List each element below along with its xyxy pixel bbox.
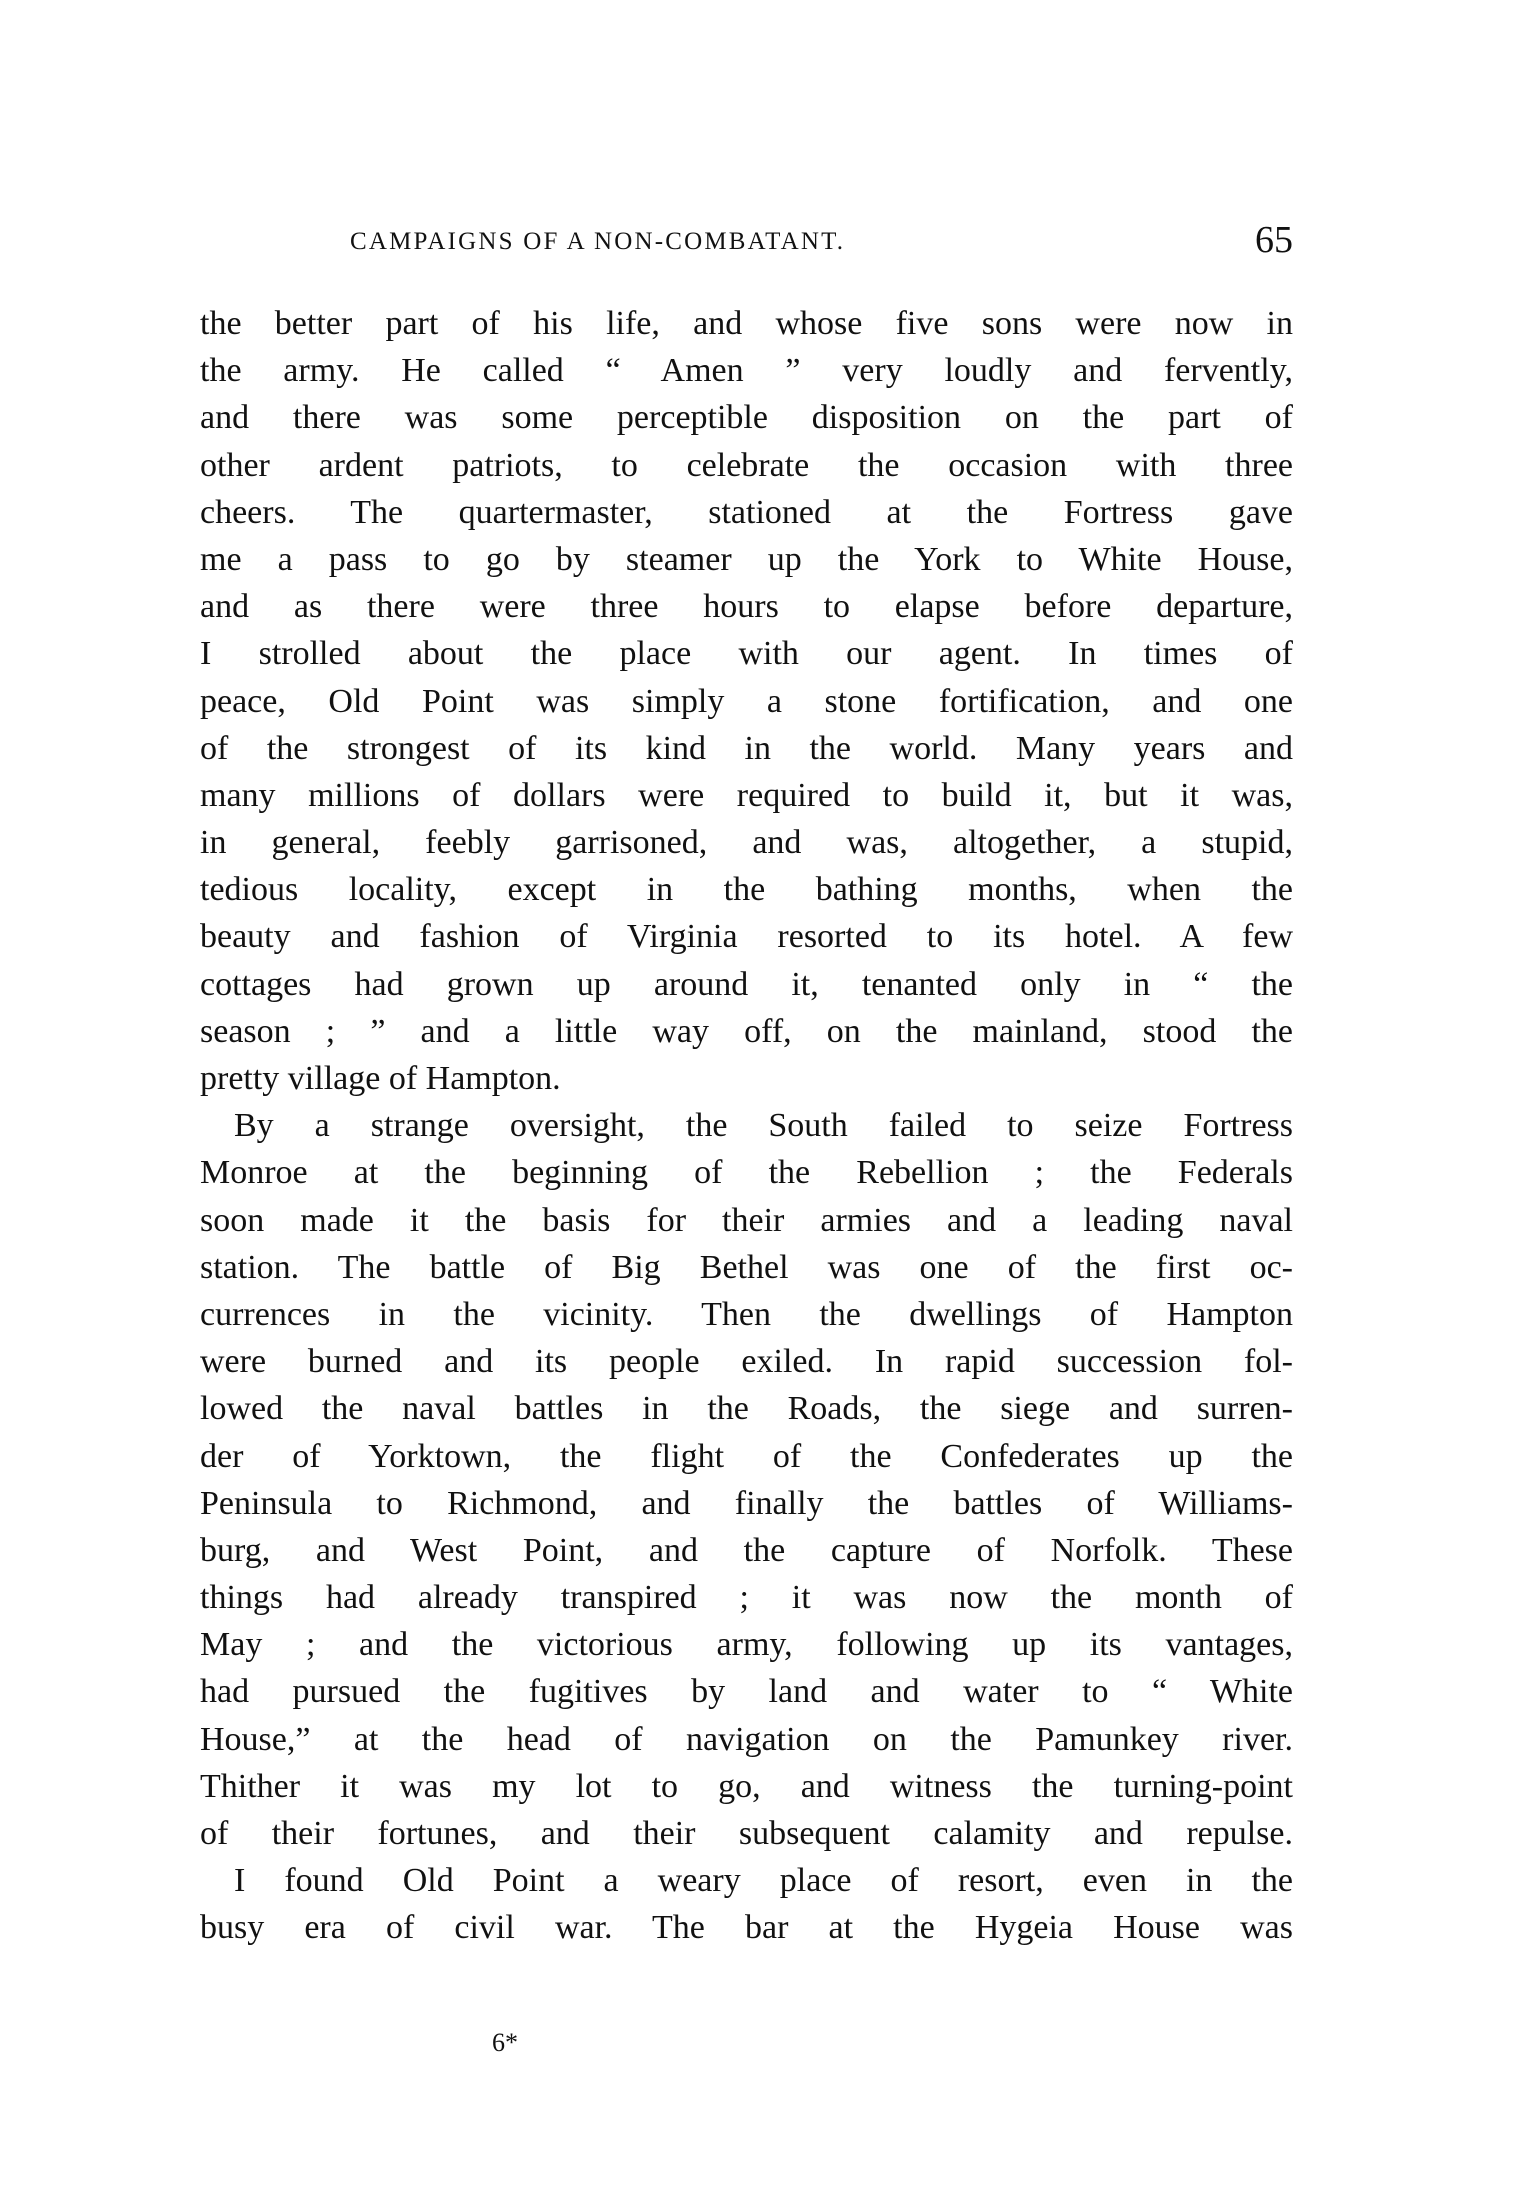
text-line: had pursued the fugitives by land and wa… [200, 1668, 1293, 1715]
text-line: busy era of civil war. The bar at the Hy… [200, 1904, 1293, 1951]
running-head: CAMPAIGNS OF A NON-COMBATANT. 65 [200, 218, 1293, 268]
text-line: Monroe at the beginning of the Rebellion… [200, 1149, 1293, 1196]
text-line: cheers. The quartermaster, stationed at … [200, 489, 1293, 536]
text-line: May ; and the victorious army, following… [200, 1621, 1293, 1668]
page-number: 65 [1255, 218, 1293, 262]
book-page: CAMPAIGNS OF A NON-COMBATANT. 65 the bet… [0, 0, 1527, 2187]
text-line: the better part of his life, and whose f… [200, 300, 1293, 347]
text-line: things had already transpired ; it was n… [200, 1574, 1293, 1621]
text-line: the army. He called “ Amen ” very loudly… [200, 347, 1293, 394]
text-line: soon made it the basis for their armies … [200, 1197, 1293, 1244]
text-line: burg, and West Point, and the capture of… [200, 1527, 1293, 1574]
text-line: tedious locality, except in the bathing … [200, 866, 1293, 913]
text-line: of the strongest of its kind in the worl… [200, 725, 1293, 772]
text-line: I strolled about the place with our agen… [200, 630, 1293, 677]
text-line: station. The battle of Big Bethel was on… [200, 1244, 1293, 1291]
text-line: in general, feebly garrisoned, and was, … [200, 819, 1293, 866]
text-line: beauty and fashion of Virginia resorted … [200, 913, 1293, 960]
text-line: many millions of dollars were required t… [200, 772, 1293, 819]
text-line: Thither it was my lot to go, and witness… [200, 1763, 1293, 1810]
text-line: House,” at the head of navigation on the… [200, 1716, 1293, 1763]
text-line: and as there were three hours to elapse … [200, 583, 1293, 630]
text-line: Peninsula to Richmond, and finally the b… [200, 1480, 1293, 1527]
text-line: were burned and its people exiled. In ra… [200, 1338, 1293, 1385]
signature-mark: 6* [492, 2028, 518, 2058]
text-line-paragraph-start: I found Old Point a weary place of resor… [200, 1857, 1293, 1904]
text-line: and there was some perceptible dispositi… [200, 394, 1293, 441]
text-line: peace, Old Point was simply a stone fort… [200, 678, 1293, 725]
text-line: other ardent patriots, to celebrate the … [200, 442, 1293, 489]
text-line: pretty village of Hampton. [200, 1055, 1293, 1102]
running-title: CAMPAIGNS OF A NON-COMBATANT. [350, 228, 845, 256]
text-line: der of Yorktown, the flight of the Confe… [200, 1433, 1293, 1480]
text-line: lowed the naval battles in the Roads, th… [200, 1385, 1293, 1432]
text-line: of their fortunes, and their subsequent … [200, 1810, 1293, 1857]
text-line: me a pass to go by steamer up the York t… [200, 536, 1293, 583]
body-text: the better part of his life, and whose f… [200, 300, 1293, 1952]
text-line: currences in the vicinity. Then the dwel… [200, 1291, 1293, 1338]
text-line: cottages had grown up around it, tenante… [200, 961, 1293, 1008]
text-line: season ; ” and a little way off, on the … [200, 1008, 1293, 1055]
text-line-paragraph-start: By a strange oversight, the South failed… [200, 1102, 1293, 1149]
